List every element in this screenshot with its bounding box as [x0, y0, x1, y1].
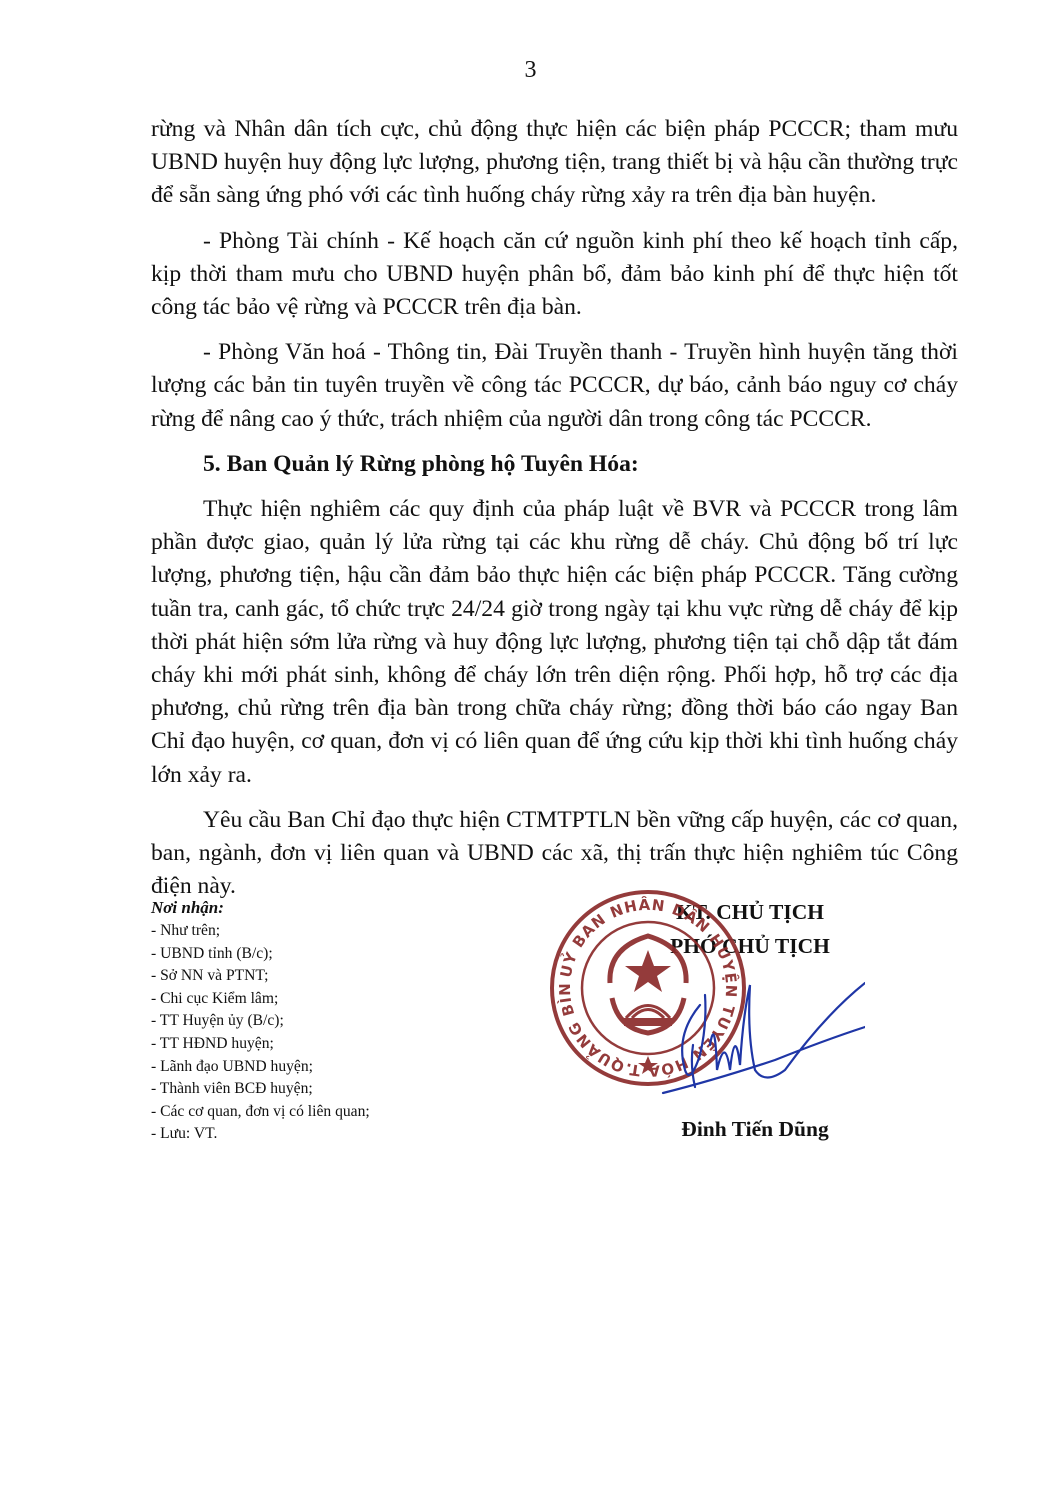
paragraph: Thực hiện nghiêm các quy định của pháp l…	[151, 493, 958, 792]
paragraph: - Phòng Tài chính - Kế hoạch căn cứ nguồ…	[151, 225, 958, 325]
recipients-block: Nơi nhận: - Như trên; - UBND tỉnh (B/c);…	[151, 896, 471, 1146]
paragraph: - Phòng Văn hoá - Thông tin, Đài Truyền …	[151, 336, 958, 436]
page-number: 3	[0, 55, 1061, 85]
recipient-item: - Chi cục Kiểm lâm;	[151, 988, 471, 1011]
recipient-item: - Lãnh đạo UBND huyện;	[151, 1056, 471, 1079]
recipient-item: - TT HĐND huyện;	[151, 1033, 471, 1056]
recipient-item: - Lưu: VT.	[151, 1123, 471, 1146]
recipients-list: - Như trên; - UBND tỉnh (B/c); - Sở NN v…	[151, 920, 471, 1146]
recipient-item: - UBND tỉnh (B/c);	[151, 943, 471, 966]
recipient-item: - Như trên;	[151, 920, 471, 943]
handwritten-signature-icon	[655, 975, 865, 1095]
recipient-item: - Thành viên BCĐ huyện;	[151, 1078, 471, 1101]
section-heading: 5. Ban Quản lý Rừng phòng hộ Tuyên Hóa:	[151, 448, 958, 481]
recipient-item: - TT Huyện ủy (B/c);	[151, 1010, 471, 1033]
signer-name: Đinh Tiến Dũng	[660, 1114, 850, 1144]
paragraph: rừng và Nhân dân tích cực, chủ động thực…	[151, 113, 958, 213]
recipient-item: - Các cơ quan, đơn vị có liên quan;	[151, 1101, 471, 1124]
recipients-title: Nơi nhận:	[151, 896, 471, 920]
document-body: rừng và Nhân dân tích cực, chủ động thực…	[151, 113, 958, 915]
recipient-item: - Sở NN và PTNT;	[151, 965, 471, 988]
